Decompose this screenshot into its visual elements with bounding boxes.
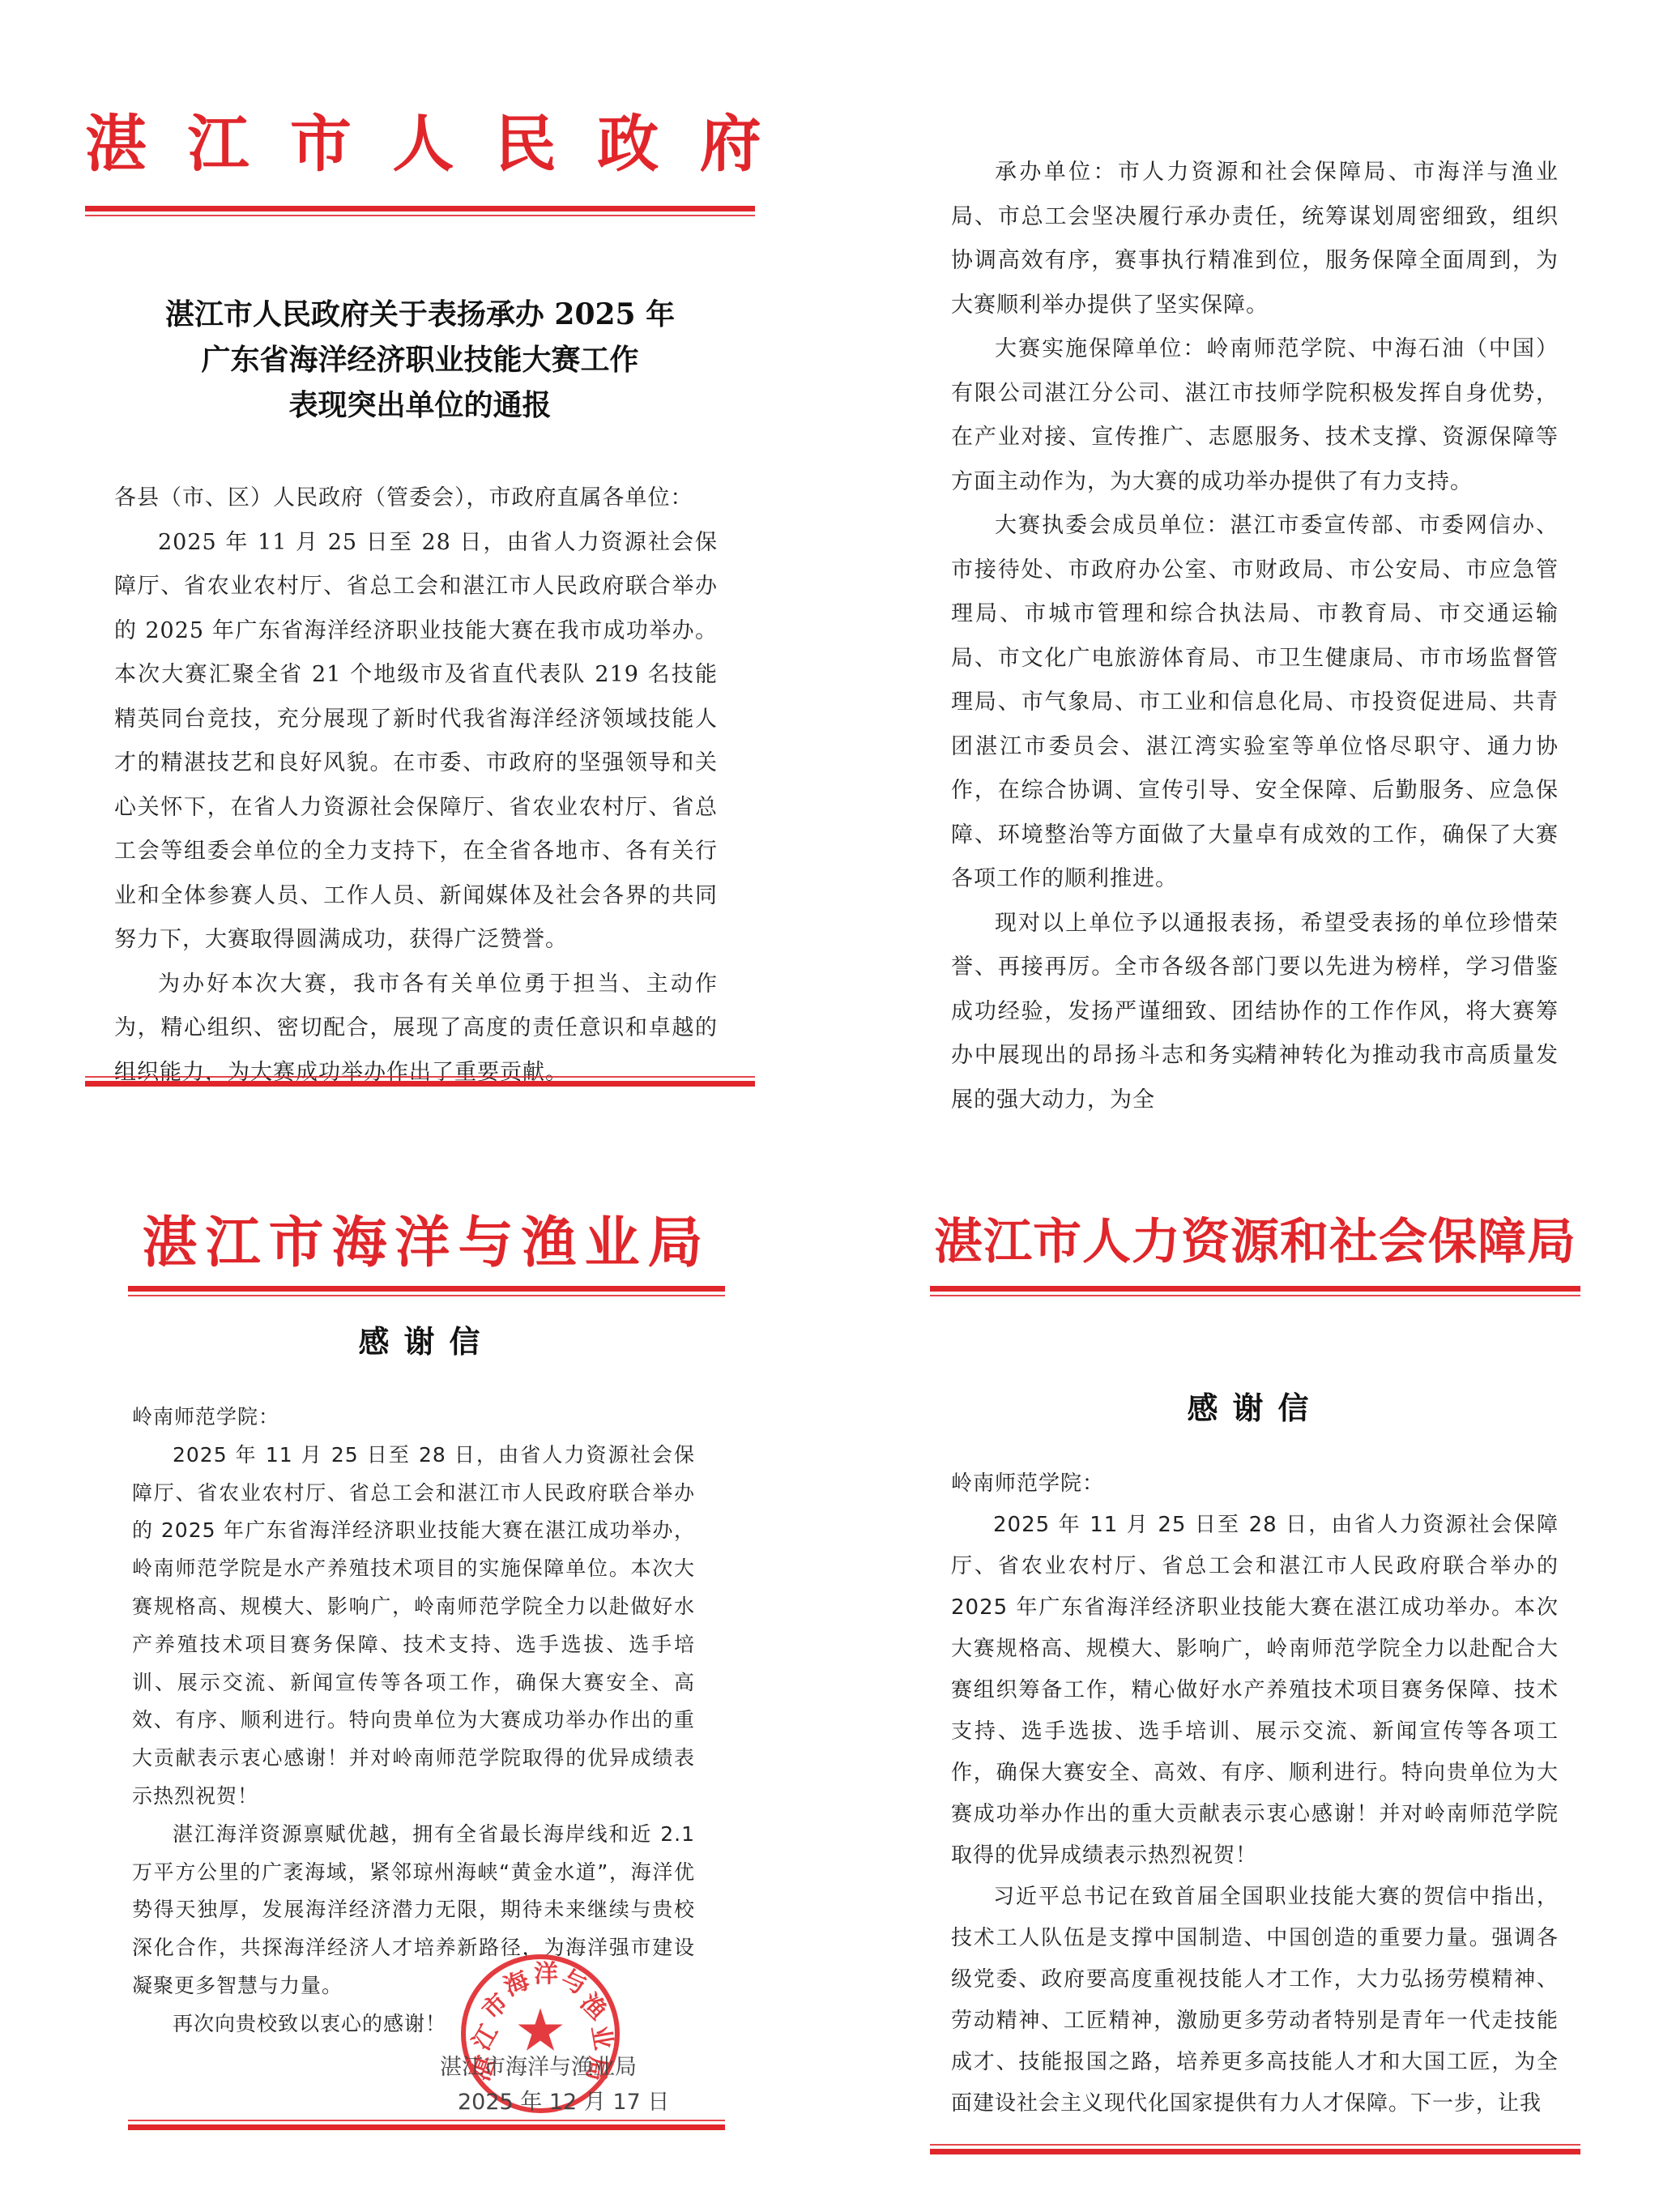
body-paragraph-commendation: 现对以上单位予以通报表扬，希望受表扬的单位珍惜荣誉、再接再厉。全市各级各部门要以… <box>951 902 1559 1123</box>
letter-body: 岭南师范学院： 2025 年 11 月 25 日至 28 日，由省人力资源社会保… <box>132 1399 695 2043</box>
body-paragraph: 湛江海洋资源禀赋优越，拥有全省最长海岸线和近 2.1 万平方公里的广袤海域，紧邻… <box>132 1816 695 2005</box>
document-title-line-2: 广东省海洋经济职业技能大赛工作 <box>85 337 755 382</box>
body-paragraph: 习近平总书记在致首届全国职业技能大赛的贺信中指出，技术工人队伍是支撑中国制造、中… <box>951 1877 1559 2124</box>
seal-char: 与 <box>557 1966 590 1999</box>
letter-body: 岭南师范学院： 2025 年 11 月 25 日至 28 日，由省人力资源社会保… <box>951 1463 1559 2124</box>
body-paragraph: 2025 年 11 月 25 日至 28 日，由省人力资源社会保障厅、省农业农村… <box>132 1437 695 1816</box>
body-paragraph-committee-units: 大赛执委会成员单位：湛江市委宣传部、市委网信办、市接待处、市政府办公室、市财政局… <box>951 504 1559 902</box>
body-paragraph: 2025 年 11 月 25 日至 28 日，由省人力资源社会保障厅、省农业农村… <box>951 1505 1559 1877</box>
salutation: 岭南师范学院： <box>951 1463 1559 1505</box>
signature-organization: 湛江市海洋与渔业局 <box>440 2049 637 2081</box>
body-paragraph: 为办好本次大赛，我市各有关单位勇于担当、主动作为，精心组织、密切配合，展现了高度… <box>114 963 718 1095</box>
page-hrss-bureau-letter: 湛江市人力资源和社会保障局 感谢信 岭南师范学院： 2025 年 11 月 25… <box>829 1106 1659 2212</box>
body-paragraph: 2025 年 11 月 25 日至 28 日，由省人力资源社会保障厅、省农业农村… <box>114 521 718 963</box>
document-title-line-1: 湛江市人民政府关于表扬承办 2025 年 <box>85 292 755 337</box>
letterhead-title: 湛 江 市 人 民 政 府 <box>85 113 755 175</box>
letter-title: 感谢信 <box>930 1383 1580 1428</box>
document-body: 承办单位：市人力资源和社会保障局、市海洋与渔业局、市总工会坚决履行承办责任，统筹… <box>951 151 1559 1122</box>
letterhead-title: 湛江市人力资源和社会保障局 <box>930 1218 1580 1266</box>
seal-char: 洋 <box>534 1962 558 1987</box>
document-title-line-3: 表现突出单位的通报 <box>85 382 755 428</box>
body-paragraph-support-units: 大赛实施保障单位：岭南师范学院、中海石油（中国）有限公司湛江分公司、湛江市技师学… <box>951 327 1559 504</box>
page-fishery-bureau-letter: 湛江市海洋与渔业局 感谢信 岭南师范学院： 2025 年 11 月 25 日至 … <box>0 1106 829 2212</box>
letterhead-title: 湛江市海洋与渔业局 <box>128 1215 725 1270</box>
body-paragraph-host-units: 承办单位：市人力资源和社会保障局、市海洋与渔业局、市总工会坚决履行承办责任，统筹… <box>951 151 1559 327</box>
page-government-notice-continued: 承办单位：市人力资源和社会保障局、市海洋与渔业局、市总工会坚决履行承办责任，统筹… <box>829 0 1659 1106</box>
signature-date: 2025 年 12 月 17 日 <box>458 2084 669 2116</box>
page-number: 2 <box>1249 1050 1257 1065</box>
document-title: 湛江市人民政府关于表扬承办 2025 年 广东省海洋经济职业技能大赛工作 表现突… <box>85 292 755 428</box>
page-government-notice: 湛 江 市 人 民 政 府 湛江市人民政府关于表扬承办 2025 年 广东省海洋… <box>0 0 829 1106</box>
salutation: 岭南师范学院： <box>132 1399 695 1437</box>
salutation: 各县（市、区）人民政府（管委会），市政府直属各单位： <box>114 476 718 521</box>
letter-title: 感谢信 <box>128 1317 725 1361</box>
document-body: 各县（市、区）人民政府（管委会），市政府直属各单位： 2025 年 11 月 2… <box>114 476 718 1095</box>
seal-char: 业 <box>587 2024 616 2052</box>
